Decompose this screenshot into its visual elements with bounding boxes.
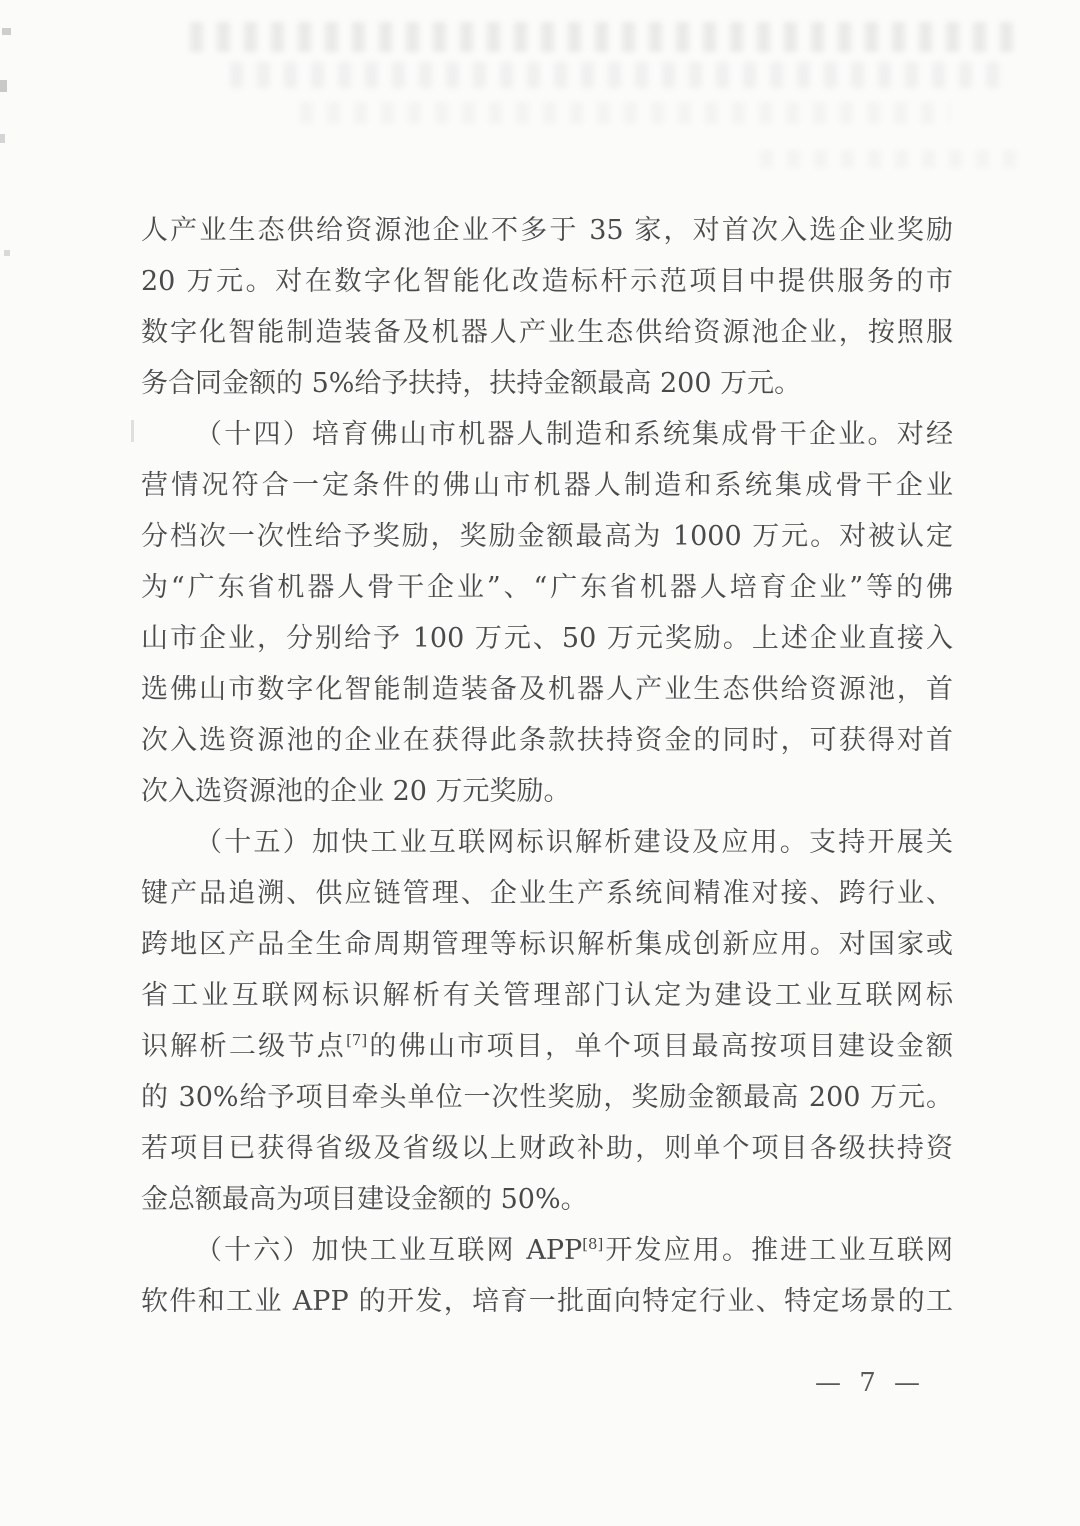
- scan-bleed-artifact: [190, 22, 1020, 52]
- scan-speck-artifact: [2, 28, 11, 35]
- text-line: （十五）加快工业互联网标识解析建设及应用。支持开展关: [141, 817, 953, 868]
- text-line: 次入选资源池的企业 20 万元奖励。: [141, 766, 953, 817]
- text-line: （十四）培育佛山市机器人制造和系统集成骨干企业。对经: [141, 409, 953, 460]
- text-line: 若项目已获得省级及省级以上财政补助，则单个项目各级扶持资: [141, 1123, 953, 1174]
- footnote-reference: [8]: [582, 1235, 603, 1253]
- scan-bleed-artifact: [230, 62, 1000, 88]
- text-line: 软件和工业 APP 的开发，培育一批面向特定行业、特定场景的工: [141, 1276, 953, 1327]
- text-run: （十五）加快工业互联网标识解析建设及应用。支持开展关: [195, 827, 953, 858]
- text-line: 金总额最高为项目建设金额的 50%。: [141, 1174, 953, 1225]
- text-run: 的 30%给予项目牵头单位一次性奖励，奖励金额最高 200 万元。: [141, 1082, 953, 1113]
- text-run: （十四）培育佛山市机器人制造和系统集成骨干企业。对经: [195, 419, 953, 450]
- text-line: 人产业生态供给资源池企业不多于 35 家，对首次入选企业奖励: [141, 205, 953, 256]
- text-line: 次入选资源池的企业在获得此条款扶持资金的同时，可获得对首: [141, 715, 953, 766]
- text-run: 软件和工业 APP 的开发，培育一批面向特定行业、特定场景的工: [141, 1286, 953, 1317]
- text-run: 金总额最高为项目建设金额的 50%。: [141, 1184, 588, 1215]
- text-run: 若项目已获得省级及省级以上财政补助，则单个项目各级扶持资: [141, 1133, 953, 1164]
- text-line: （十六）加快工业互联网 APP[8]开发应用。推进工业互联网: [141, 1225, 953, 1276]
- text-line: 键产品追溯、供应链管理、企业生产系统间精准对接、跨行业、: [141, 868, 953, 919]
- text-line: 跨地区产品全生命周期管理等标识解析集成创新应用。对国家或: [141, 919, 953, 970]
- footnote-reference: [7]: [346, 1031, 367, 1049]
- scan-speck-artifact: [0, 80, 7, 92]
- text-line: 营情况符合一定条件的佛山市机器人制造和系统集成骨干企业: [141, 460, 953, 511]
- text-line: 山市企业，分别给予 100 万元、50 万元奖励。上述企业直接入: [141, 613, 953, 664]
- text-run: 识解析二级节点: [141, 1031, 346, 1062]
- page-number: — 7 —: [790, 1368, 950, 1398]
- text-run: 山市企业，分别给予 100 万元、50 万元奖励。上述企业直接入: [141, 623, 953, 654]
- text-run: 的佛山市项目，单个项目最高按项目建设金额: [367, 1031, 953, 1062]
- scan-speck-artifact: [0, 134, 5, 143]
- scan-speck-artifact: [4, 250, 10, 256]
- text-run: 跨地区产品全生命周期管理等标识解析集成创新应用。对国家或: [141, 929, 953, 960]
- document-page: 人产业生态供给资源池企业不多于 35 家，对首次入选企业奖励20 万元。对在数字…: [0, 0, 1080, 1526]
- text-line: 省工业互联网标识解析有关管理部门认定为建设工业互联网标: [141, 970, 953, 1021]
- text-run: 开发应用。推进工业互联网: [603, 1235, 953, 1266]
- text-line: 数字化智能制造装备及机器人产业生态供给资源池企业，按照服: [141, 307, 953, 358]
- text-line: 识解析二级节点[7]的佛山市项目，单个项目最高按项目建设金额: [141, 1021, 953, 1072]
- text-run: 选佛山市数字化智能制造装备及机器人产业生态供给资源池，首: [141, 674, 953, 705]
- text-run: 20 万元。对在数字化智能化改造标杆示范项目中提供服务的市: [141, 266, 953, 297]
- text-run: 人产业生态供给资源池企业不多于 35 家，对首次入选企业奖励: [141, 215, 953, 246]
- text-run: 键产品追溯、供应链管理、企业生产系统间精准对接、跨行业、: [141, 878, 953, 909]
- text-line: 选佛山市数字化智能制造装备及机器人产业生态供给资源池，首: [141, 664, 953, 715]
- text-run: 务合同金额的 5%给予扶持，扶持金额最高 200 万元。: [141, 368, 801, 399]
- text-run: 次入选资源池的企业 20 万元奖励。: [141, 776, 571, 807]
- scan-bleed-artifact: [300, 102, 950, 124]
- text-line: 20 万元。对在数字化智能化改造标杆示范项目中提供服务的市: [141, 256, 953, 307]
- text-run: 次入选资源池的企业在获得此条款扶持资金的同时，可获得对首: [141, 725, 953, 756]
- text-run: 营情况符合一定条件的佛山市机器人制造和系统集成骨干企业: [141, 470, 953, 501]
- text-line: 分档次一次性给予奖励，奖励金额最高为 1000 万元。对被认定: [141, 511, 953, 562]
- text-line: 务合同金额的 5%给予扶持，扶持金额最高 200 万元。: [141, 358, 953, 409]
- text-run: 分档次一次性给予奖励，奖励金额最高为 1000 万元。对被认定: [141, 521, 953, 552]
- text-run: 为“广东省机器人骨干企业”、“广东省机器人培育企业”等的佛: [141, 572, 953, 603]
- text-block: 人产业生态供给资源池企业不多于 35 家，对首次入选企业奖励20 万元。对在数字…: [141, 205, 953, 1327]
- text-line: 为“广东省机器人骨干企业”、“广东省机器人培育企业”等的佛: [141, 562, 953, 613]
- scan-bleed-artifact: [760, 150, 1020, 168]
- text-run: 数字化智能制造装备及机器人产业生态供给资源池企业，按照服: [141, 317, 953, 348]
- scan-speck-artifact: [131, 420, 134, 442]
- text-line: 的 30%给予项目牵头单位一次性奖励，奖励金额最高 200 万元。: [141, 1072, 953, 1123]
- text-run: （十六）加快工业互联网 APP: [195, 1235, 582, 1266]
- text-run: 省工业互联网标识解析有关管理部门认定为建设工业互联网标: [141, 980, 953, 1011]
